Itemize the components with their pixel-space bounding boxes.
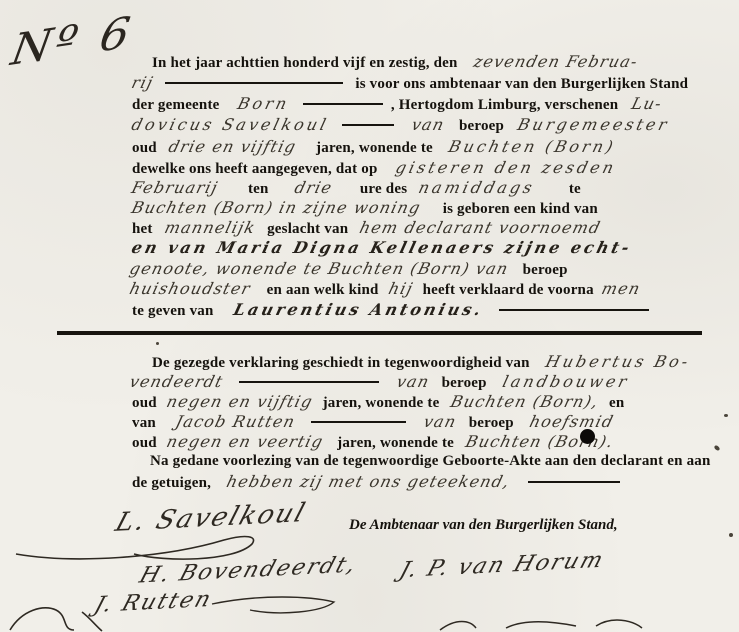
printed-text: oud bbox=[132, 395, 157, 411]
birth-record-scan: Nº 6 In het jaar achttien honderd vijf e… bbox=[0, 0, 739, 632]
printed-text: ure des bbox=[360, 181, 407, 197]
handwritten-text: en van Maria Digna Kellenaers zijne echt… bbox=[130, 238, 634, 257]
handwritten-text: landbouwer bbox=[500, 372, 631, 391]
printed-text: te bbox=[569, 181, 581, 197]
printed-text: beroep bbox=[523, 262, 568, 278]
handwritten-text: van bbox=[410, 115, 447, 134]
handwritten-text: Laurentius Antonius. bbox=[231, 300, 485, 319]
text-line: het mannelijk geslacht van hem declarant… bbox=[132, 218, 601, 238]
handwritten-text: zevenden Februa- bbox=[471, 52, 640, 71]
handwritten-text: van bbox=[422, 412, 459, 431]
text-line: oud negen en vijftig jaren, wonende te B… bbox=[132, 392, 624, 412]
handwritten-text: Februarij bbox=[130, 178, 221, 197]
ink-speck bbox=[156, 342, 159, 345]
handwritten-text: namiddags bbox=[417, 178, 537, 197]
printed-text: De gezegde verklaring geschiedt in tegen… bbox=[152, 355, 530, 371]
signature-flourish bbox=[14, 528, 274, 562]
handwritten-text: drie en vijftig bbox=[166, 137, 298, 156]
handwritten-text: Hubertus Bo- bbox=[543, 352, 692, 371]
printed-text: der gemeente bbox=[132, 97, 220, 113]
printed-text: de getuigen, bbox=[132, 475, 211, 491]
printed-text: van bbox=[132, 415, 156, 431]
printed-text: geslacht van bbox=[267, 221, 348, 237]
text-line: der gemeente Born , Hertogdom Limburg, v… bbox=[132, 94, 662, 114]
handwritten-text: mannelijk bbox=[162, 218, 257, 237]
printed-text: is geboren een kind van bbox=[443, 201, 598, 217]
blank-filler-line bbox=[499, 309, 649, 312]
printed-text: ten bbox=[248, 181, 269, 197]
ink-speck bbox=[724, 414, 728, 417]
blank-filler-line bbox=[311, 421, 406, 424]
text-line: genoote, wonende te Buchten (Born) van b… bbox=[130, 259, 568, 279]
handwritten-text: Buchten (Born) in zijne woning bbox=[130, 198, 423, 217]
handwritten-text: Jacob Rutten bbox=[174, 412, 298, 431]
text-line: rij is voor ons ambtenaar van den Burger… bbox=[132, 73, 688, 93]
blank-filler-line bbox=[528, 481, 620, 484]
text-line: en van Maria Digna Kellenaers zijne echt… bbox=[132, 238, 632, 258]
text-line: oud drie en vijftig jaren, wonende te Bu… bbox=[132, 137, 615, 157]
handwritten-text: hoefsmid bbox=[527, 412, 615, 431]
handwritten-text: dovicus Savelkoul bbox=[130, 115, 331, 134]
printed-text: te geven van bbox=[132, 303, 214, 319]
section-divider bbox=[57, 331, 702, 335]
printed-text: dewelke ons heeft aangegeven, dat op bbox=[132, 161, 378, 177]
printed-text: heeft verklaard de voorna bbox=[423, 282, 594, 298]
ink-blot bbox=[580, 429, 595, 444]
printed-text: en bbox=[609, 395, 624, 411]
printed-text: oud bbox=[132, 435, 157, 451]
printed-text: is voor ons ambtenaar van den Burgerlijk… bbox=[355, 76, 688, 92]
ink-speck bbox=[713, 445, 720, 452]
handwritten-text: Buchten (Born), bbox=[449, 392, 601, 411]
text-line: Na gedane voorlezing van de tegenwoordig… bbox=[150, 452, 711, 470]
handwritten-text: hebben zij met ons geteekend, bbox=[225, 472, 513, 491]
blank-filler-line bbox=[239, 381, 379, 384]
printed-text: en aan welk kind bbox=[267, 282, 379, 298]
act-number: Nº 6 bbox=[8, 7, 138, 76]
text-line: te geven van Laurentius Antonius. bbox=[132, 300, 649, 320]
handwritten-text: rij bbox=[130, 73, 156, 92]
signature-officer-van-horum: J. P. van Horum bbox=[396, 548, 607, 583]
blank-filler-line bbox=[342, 124, 394, 127]
partial-signature-right bbox=[436, 614, 646, 632]
officer-title: De Ambtenaar van den Burgerlijken Stand, bbox=[349, 517, 618, 533]
handwritten-text: vendeerdt bbox=[128, 372, 226, 391]
blank-filler-line bbox=[303, 103, 383, 106]
text-line: vendeerdt van beroep landbouwer bbox=[130, 372, 629, 392]
printed-text: , Hertogdom Limburg, verschenen bbox=[391, 97, 618, 113]
text-line: De gezegde verklaring geschiedt in tegen… bbox=[152, 352, 690, 372]
text-line: Buchten (Born) in zijne woning is gebore… bbox=[132, 198, 598, 218]
handwritten-text: drie bbox=[292, 178, 334, 197]
text-line: dewelke ons heeft aangegeven, dat op gis… bbox=[132, 158, 616, 178]
handwritten-text: Born bbox=[235, 94, 291, 113]
handwritten-text: gisteren den zesden bbox=[393, 158, 618, 177]
handwritten-text: hem declarant voornoemd bbox=[358, 218, 603, 237]
printed-text: In het jaar achttien honderd vijf en zes… bbox=[152, 55, 458, 71]
handwritten-text: negen en veertig bbox=[164, 432, 325, 451]
text-line: huishoudster en aan welk kind hij heeft … bbox=[130, 279, 640, 299]
text-line: de getuigen, hebben zij met ons geteeken… bbox=[132, 472, 620, 492]
text-line: dovicus Savelkoul van beroep Burgemeeste… bbox=[132, 115, 669, 135]
printed-text: jaren, wonende te bbox=[316, 140, 433, 156]
printed-text: beroep bbox=[469, 415, 514, 431]
handwritten-text: huishoudster bbox=[128, 279, 253, 298]
handwritten-text: genoote, wonende te Buchten (Born) van bbox=[128, 259, 511, 278]
text-line: van Jacob Rutten van beroep hoefsmid bbox=[132, 412, 613, 432]
handwritten-text: Burgemeester bbox=[516, 115, 672, 134]
handwritten-text: men bbox=[599, 279, 642, 298]
printed-text: Na gedane voorlezing van de tegenwoordig… bbox=[150, 453, 711, 469]
blank-filler-line bbox=[165, 82, 343, 85]
printed-text: jaren, wonende te bbox=[337, 435, 454, 451]
printed-text: beroep bbox=[459, 118, 504, 134]
printed-text: het bbox=[132, 221, 153, 237]
signature-flourish bbox=[210, 592, 340, 618]
text-line: oud negen en veertig jaren, wonende te B… bbox=[132, 432, 614, 452]
ink-speck bbox=[729, 533, 733, 537]
printed-text: beroep bbox=[442, 375, 487, 391]
officer-title-line: De Ambtenaar van den Burgerlijken Stand, bbox=[349, 516, 618, 534]
handwritten-text: hij bbox=[386, 279, 415, 298]
partial-signature-left bbox=[4, 600, 114, 632]
text-line: In het jaar achttien honderd vijf en zes… bbox=[152, 52, 637, 72]
handwritten-text: Lu- bbox=[630, 94, 665, 113]
text-line: Februarij ten drie ure des namiddags te bbox=[132, 178, 581, 198]
handwritten-text: Buchten (Born) bbox=[447, 137, 618, 156]
handwritten-text: van bbox=[395, 372, 432, 391]
printed-text: jaren, wonende te bbox=[323, 395, 440, 411]
handwritten-text: negen en vijftig bbox=[164, 392, 315, 411]
printed-text: oud bbox=[132, 140, 157, 156]
